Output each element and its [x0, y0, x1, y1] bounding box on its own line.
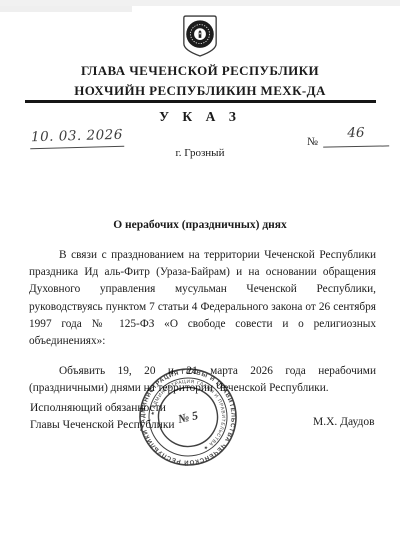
stamp-center-number: № 5: [176, 408, 199, 426]
decree-title: О нерабочих (праздничных) днях: [0, 219, 400, 231]
document-type-heading: У К А З: [0, 109, 400, 125]
handwritten-number-field: 46: [323, 124, 389, 147]
signatory-name: М.Х. Даудов: [313, 416, 375, 428]
letterhead-line-chechen: НОХЧИЙН РЕСПУБЛИКИН МЕХК-ДА: [0, 81, 400, 101]
letterhead-line-russian: ГЛАВА ЧЕЧЕНСКОЙ РЕСПУБЛИКИ: [0, 61, 400, 81]
scan-edge-strip: [0, 6, 132, 12]
handwritten-date-field: 10. 03. 2026: [30, 127, 124, 149]
coat-of-arms-icon: [181, 14, 219, 58]
issuing-city: г. Грозный: [0, 147, 400, 159]
decree-paragraph-preamble: В связи с празднованием на территории Че…: [29, 247, 376, 350]
letterhead-divider: [25, 100, 376, 103]
decree-document-page: ГЛАВА ЧЕЧЕНСКОЙ РЕСПУБЛИКИ НОХЧИЙН РЕСПУ…: [0, 0, 400, 541]
letterhead: ГЛАВА ЧЕЧЕНСКОЙ РЕСПУБЛИКИ НОХЧИЙН РЕСПУ…: [0, 61, 400, 101]
official-round-stamp: АДМИНИСТРАЦИЯ ГЛАВЫ И ПРАВИТЕЛЬСТВА ЧЕЧЕ…: [137, 366, 239, 468]
